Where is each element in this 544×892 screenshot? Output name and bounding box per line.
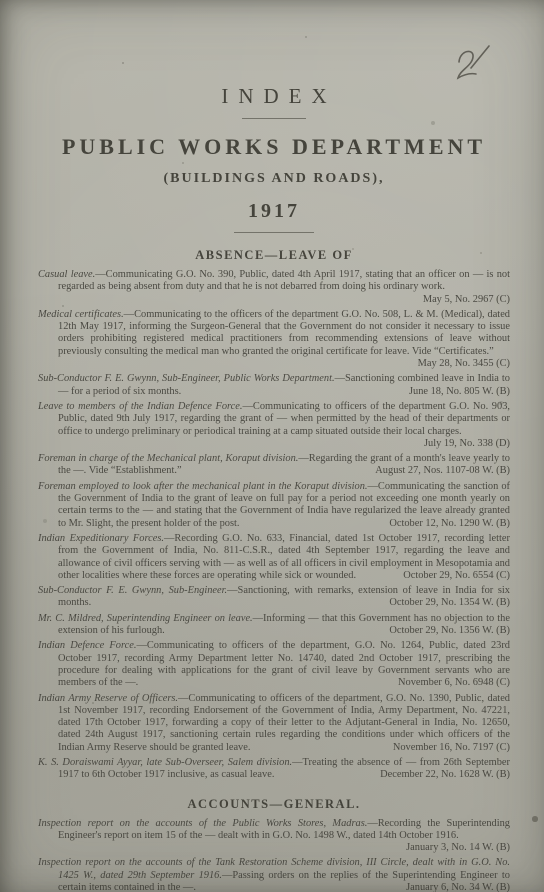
entry-description: —Communicating G.O. No. 390, Public, dat… xyxy=(58,269,510,292)
entry-reference: November 16, No. 7197 (C) xyxy=(383,742,510,754)
section-heading: ACCOUNTS—GENERAL. xyxy=(38,797,510,812)
entry-term: Leave to members of the Indian Defence F… xyxy=(38,401,243,412)
entry-term: Casual leave. xyxy=(38,269,95,280)
department-subtitle: (BUILDINGS AND ROADS), xyxy=(38,171,510,187)
index-entry: K. S. Doraiswami Ayyar, late Sub-Oversee… xyxy=(38,757,510,782)
index-entry: Indian Army Reserve of Officers.—Communi… xyxy=(38,693,510,754)
index-entry: Indian Defence Force.—Communicating to o… xyxy=(38,640,510,689)
entry-reference: August 27, Nos. 1107-08 W. (B) xyxy=(365,465,510,477)
entry-reference: May 5, No. 2967 (C) xyxy=(413,294,510,306)
entry-term: Inspection report on the accounts of the… xyxy=(38,818,367,829)
index-entry: Foreman employed to look after the mecha… xyxy=(38,481,510,530)
entry-reference: July 19, No. 338 (D) xyxy=(414,438,510,450)
department-title: PUBLIC WORKS DEPARTMENT xyxy=(38,134,510,160)
entry-term: Sub-Conductor F. E. Gwynn, Sub-Engineer,… xyxy=(38,373,335,384)
entry-list: Inspection report on the accounts of the… xyxy=(38,818,510,892)
index-entry: Medical certificates.—Communicating to t… xyxy=(38,309,510,370)
masthead: INDEX PUBLIC WORKS DEPARTMENT (BUILDINGS… xyxy=(38,84,510,233)
entry-reference: November 6, No. 6948 (C) xyxy=(388,677,510,689)
entry-term: Sub-Conductor F. E. Gwynn, Sub-Engineer. xyxy=(38,585,227,596)
entry-reference: October 29, No. 1354 W. (B) xyxy=(379,597,510,609)
entry-term: Indian Army Reserve of Officers. xyxy=(38,693,178,704)
entry-term: Mr. C. Mildred, Superintending Engineer … xyxy=(38,613,253,624)
index-entry: Indian Expeditionary Forces.—Recording G… xyxy=(38,533,510,582)
year-rule xyxy=(234,232,314,233)
entry-term: Medical certificates. xyxy=(38,309,124,320)
scanned-index-page: INDEX PUBLIC WORKS DEPARTMENT (BUILDINGS… xyxy=(0,0,544,892)
entry-reference: October 12, No. 1290 W. (B) xyxy=(379,518,510,530)
page-title: INDEX xyxy=(38,84,510,109)
title-rule xyxy=(242,118,306,119)
entry-reference: December 22, No. 1628 W. (B) xyxy=(370,769,510,781)
entry-description: —Communicating to the officers of the de… xyxy=(58,309,510,357)
entry-list: Casual leave.—Communicating G.O. No. 390… xyxy=(38,269,510,782)
year-label: 1917 xyxy=(38,200,510,223)
entry-term: Indian Defence Force. xyxy=(38,640,136,651)
entry-reference: October 29, No. 6554 (C) xyxy=(393,570,510,582)
entry-reference: May 28, No. 3455 (C) xyxy=(408,358,510,370)
section-absence-leave-of: ABSENCE—LEAVE OF Casual leave.—Communica… xyxy=(38,248,510,782)
section-accounts-general: ACCOUNTS—GENERAL. Inspection report on t… xyxy=(38,797,510,892)
entry-reference: January 3, No. 14 W. (B) xyxy=(396,842,510,854)
entry-reference: October 29, No. 1356 W. (B) xyxy=(379,625,510,637)
index-entry: Casual leave.—Communicating G.O. No. 390… xyxy=(38,269,510,306)
entry-term: Foreman in charge of the Mechanical plan… xyxy=(38,453,298,464)
section-heading: ABSENCE—LEAVE OF xyxy=(38,248,510,263)
index-entry: Inspection report on the accounts of the… xyxy=(38,857,510,892)
entry-reference: June 18, No. 805 W. (B) xyxy=(399,386,510,398)
page-content: INDEX PUBLIC WORKS DEPARTMENT (BUILDINGS… xyxy=(0,0,544,892)
index-entry: Foreman in charge of the Mechanical plan… xyxy=(38,453,510,478)
entry-term: Indian Expeditionary Forces. xyxy=(38,533,164,544)
entry-term: Foreman employed to look after the mecha… xyxy=(38,481,368,492)
index-entry: Inspection report on the accounts of the… xyxy=(38,818,510,855)
index-entry: Sub-Conductor F. E. Gwynn, Sub-Engineer.… xyxy=(38,585,510,610)
index-entry: Leave to members of the Indian Defence F… xyxy=(38,401,510,450)
entry-reference: January 6, No. 34 W. (B) xyxy=(396,882,510,892)
entry-term: K. S. Doraiswami Ayyar, late Sub-Oversee… xyxy=(38,757,292,768)
index-entry: Mr. C. Mildred, Superintending Engineer … xyxy=(38,613,510,638)
index-entry: Sub-Conductor F. E. Gwynn, Sub-Engineer,… xyxy=(38,373,510,398)
